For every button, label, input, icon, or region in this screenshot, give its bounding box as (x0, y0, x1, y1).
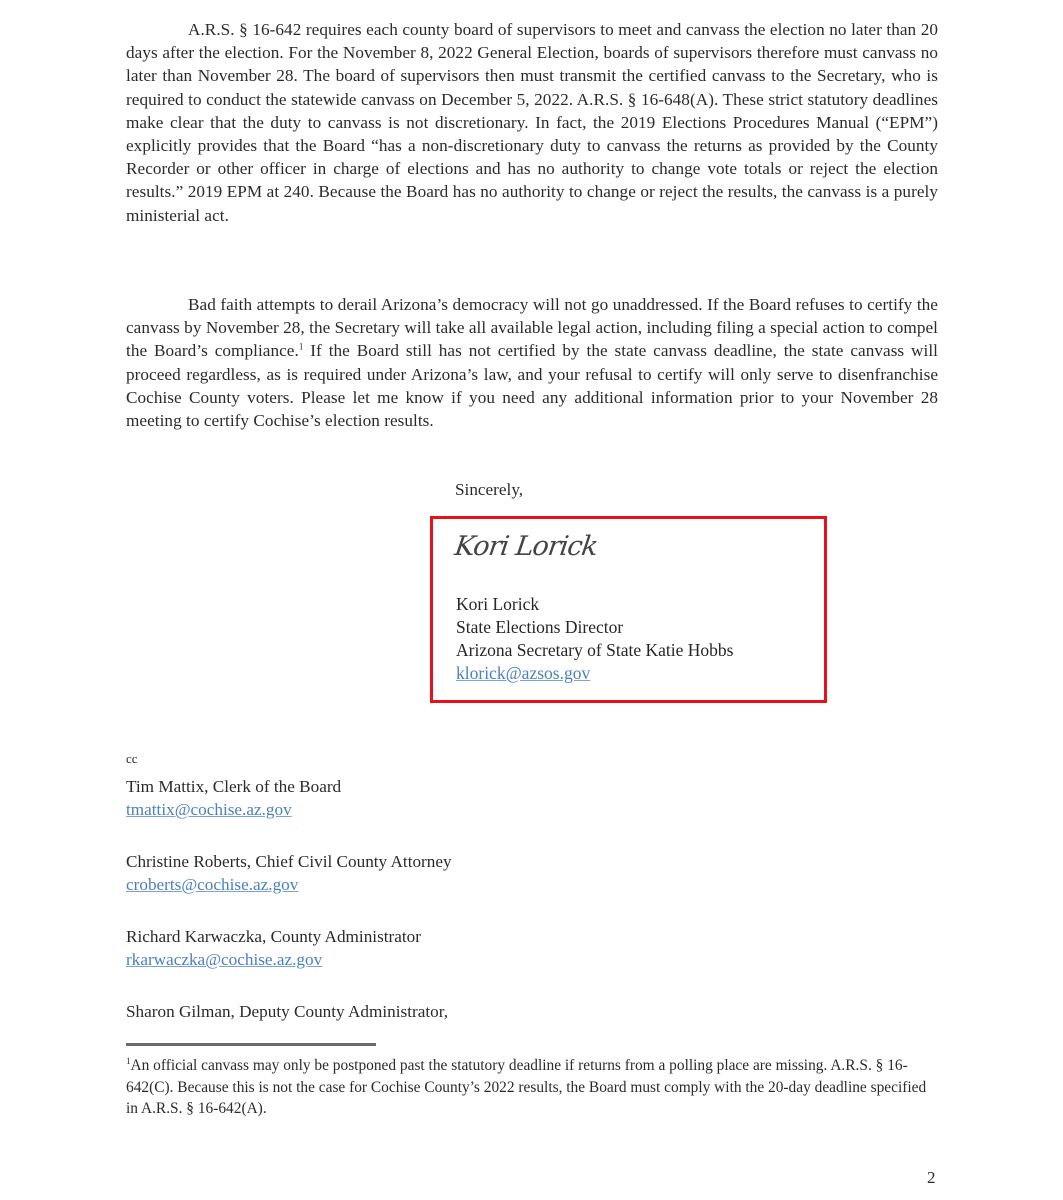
signer-office: Arizona Secretary of State Katie Hobbs (456, 639, 733, 662)
cc-recipient-name: Christine Roberts, Chief Civil County At… (126, 850, 452, 873)
signature-block-highlight: Kori Lorick Kori Lorick State Elections … (430, 516, 827, 703)
cc-recipient-name: Tim Mattix, Clerk of the Board (126, 775, 452, 798)
signature-details: Kori Lorick State Elections Director Ari… (456, 593, 733, 685)
cc-list: cc Tim Mattix, Clerk of the Board tmatti… (126, 752, 452, 1023)
cc-recipient: Sharon Gilman, Deputy County Administrat… (126, 1000, 452, 1023)
handwritten-signature: Kori Lorick (453, 531, 599, 562)
cc-recipient-email-link[interactable]: tmattix@cochise.az.gov (126, 800, 292, 819)
signer-email-link[interactable]: klorick@azsos.gov (456, 663, 590, 683)
cc-recipient: Richard Karwaczka, County Administrator … (126, 925, 452, 971)
cc-recipient: Tim Mattix, Clerk of the Board tmattix@c… (126, 775, 452, 821)
cc-recipient: Christine Roberts, Chief Civil County At… (126, 850, 452, 896)
signer-name: Kori Lorick (456, 593, 733, 616)
signer-title: State Elections Director (456, 616, 733, 639)
cc-label: cc (126, 752, 452, 766)
cc-recipient-email-link[interactable]: croberts@cochise.az.gov (126, 875, 298, 894)
page-number: 2 (927, 1168, 936, 1188)
footnote: 1An official canvass may only be postpon… (126, 1055, 938, 1120)
cc-recipient-name: Sharon Gilman, Deputy County Administrat… (126, 1000, 452, 1023)
closing-salutation: Sincerely, (455, 480, 523, 500)
cc-recipient-name: Richard Karwaczka, County Administrator (126, 925, 452, 948)
paragraph-canvass-statute: A.R.S. § 16-642 requires each county boa… (126, 18, 938, 227)
paragraph-bad-faith-warning: Bad faith attempts to derail Arizona’s d… (126, 293, 938, 432)
footnote-divider (126, 1043, 376, 1046)
letter-page: A.R.S. § 16-642 requires each county boa… (0, 0, 1063, 1200)
footnote-text: An official canvass may only be postpone… (126, 1057, 926, 1117)
cc-recipient-email-link[interactable]: rkarwaczka@cochise.az.gov (126, 950, 322, 969)
